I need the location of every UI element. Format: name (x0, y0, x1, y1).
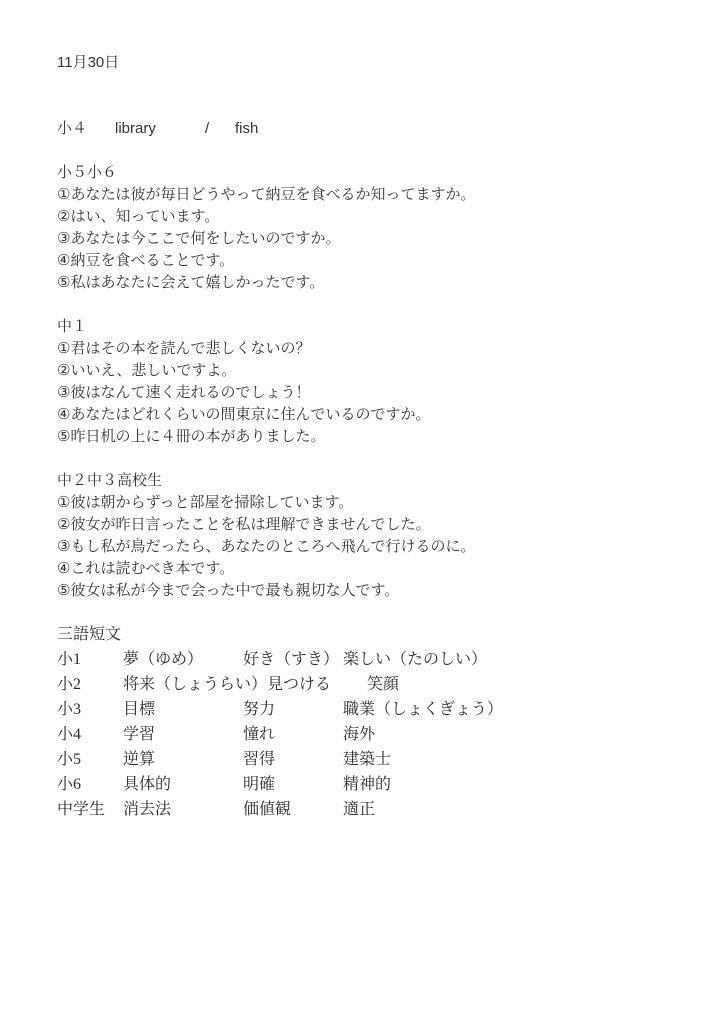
sentence-line: ④納豆を食べることです。 (57, 250, 675, 272)
vocab-section: 三語短文 小1 夢（ゆめ） 好き（すき） 楽しい（たのしい） 小2 将来（しょう… (57, 622, 675, 822)
vocab-grade-label: 小6 (57, 772, 123, 797)
vocab-word: 建築士 (343, 747, 391, 772)
sentence-line: ③彼はなんて速く走れるのでしょう！ (57, 382, 675, 404)
vocab-word: 明確 (243, 772, 343, 797)
sentence-line: ②いいえ、悲しいですよ。 (57, 360, 675, 382)
sentence-line: ⑤彼女は私が今まで会った中で最も親切な人です。 (57, 580, 675, 602)
vocab-word: 将来（しょうらい） (123, 672, 267, 697)
vocab-grade-label: 小5 (57, 747, 123, 772)
vocab-word: 精神的 (343, 772, 391, 797)
vocab-row: 小3 目標 努力 職業（しょくぎょう） (57, 697, 675, 722)
sentence-line: ②彼女が昨日言ったことを私は理解できませんでした。 (57, 514, 675, 536)
vocab-row: 小4 学習 憧れ 海外 (57, 722, 675, 747)
section-sho5-sho6: 小５小６ ①あなたは彼が毎日どうやって納豆を食べるか知ってますか。 ②はい、知っ… (57, 162, 675, 294)
vocab-word: 適正 (343, 797, 375, 822)
sentence-line: ②はい、知っています。 (57, 206, 675, 228)
vocab-word: 目標 (123, 697, 243, 722)
sentence-line: ④これは読むべき本です。 (57, 558, 675, 580)
vocab-grade-label: 中学生 (57, 797, 123, 822)
vocab-word: 好き（すき） (243, 647, 343, 672)
vocab-row: 小6 具体的 明確 精神的 (57, 772, 675, 797)
section-title: 小５小６ (57, 162, 675, 184)
vocab-word: 職業（しょくぎょう） (343, 697, 503, 722)
vocab-row: 小5 逆算 習得 建築士 (57, 747, 675, 772)
sentence-line: ①あなたは彼が毎日どうやって納豆を食べるか知ってますか。 (57, 184, 675, 206)
vocab-word: 具体的 (123, 772, 243, 797)
sentence-line: ④あなたはどれくらいの間東京に住んでいるのですか。 (57, 404, 675, 426)
vocab-word: 楽しい（たのしい） (343, 647, 487, 672)
sentence-line: ①君はその本を読んで悲しくないの？ (57, 338, 675, 360)
vocab-word: 習得 (243, 747, 343, 772)
vocab-word: 消去法 (123, 797, 243, 822)
vocab-row: 中学生 消去法 価値観 適正 (57, 797, 675, 822)
lesson-word-2: fish (235, 118, 258, 140)
vocab-grade-label: 小3 (57, 697, 123, 722)
section-title: 中１ (57, 316, 675, 338)
vocab-word: 価値観 (243, 797, 343, 822)
lesson-word-1: library (115, 118, 205, 140)
vocab-word: 海外 (343, 722, 375, 747)
section-title: 中２中３高校生 (57, 470, 675, 492)
vocab-word: 見つける (267, 672, 367, 697)
section-chu2-chu3-koukousei: 中２中３高校生 ①彼は朝からずっと部屋を掃除しています。 ②彼女が昨日言ったこと… (57, 470, 675, 602)
vocab-word: 努力 (243, 697, 343, 722)
sentence-line: ⑤私はあなたに会えて嬉しかったです。 (57, 272, 675, 294)
lesson-header-row: 小４ library / fish (57, 118, 675, 140)
vocab-word: 憧れ (243, 722, 343, 747)
date-heading: 11月30日 (57, 52, 675, 74)
sentence-line: ③もし私が鳥だったら、あなたのところへ飛んで行けるのに。 (57, 536, 675, 558)
vocab-grade-label: 小1 (57, 647, 123, 672)
document-page: 11月30日 小４ library / fish 小５小６ ①あなたは彼が毎日ど… (0, 0, 715, 1024)
sentence-line: ⑤昨日机の上に４冊の本がありました。 (57, 426, 675, 448)
vocab-word: 逆算 (123, 747, 243, 772)
sentence-line: ③あなたは今ここで何をしたいのですか。 (57, 228, 675, 250)
vocab-row: 小2 将来（しょうらい） 見つける 笑顔 (57, 672, 675, 697)
vocab-grade-label: 小4 (57, 722, 123, 747)
sentence-line: ①彼は朝からずっと部屋を掃除しています。 (57, 492, 675, 514)
lesson-separator: / (205, 118, 235, 140)
vocab-word: 笑顔 (367, 672, 399, 697)
grade-label: 小４ (57, 118, 115, 140)
vocab-grade-label: 小2 (57, 672, 123, 697)
vocab-word: 夢（ゆめ） (123, 647, 243, 672)
vocab-title: 三語短文 (57, 622, 675, 647)
section-chu1: 中１ ①君はその本を読んで悲しくないの？ ②いいえ、悲しいですよ。 ③彼はなんて… (57, 316, 675, 448)
vocab-row: 小1 夢（ゆめ） 好き（すき） 楽しい（たのしい） (57, 647, 675, 672)
vocab-word: 学習 (123, 722, 243, 747)
